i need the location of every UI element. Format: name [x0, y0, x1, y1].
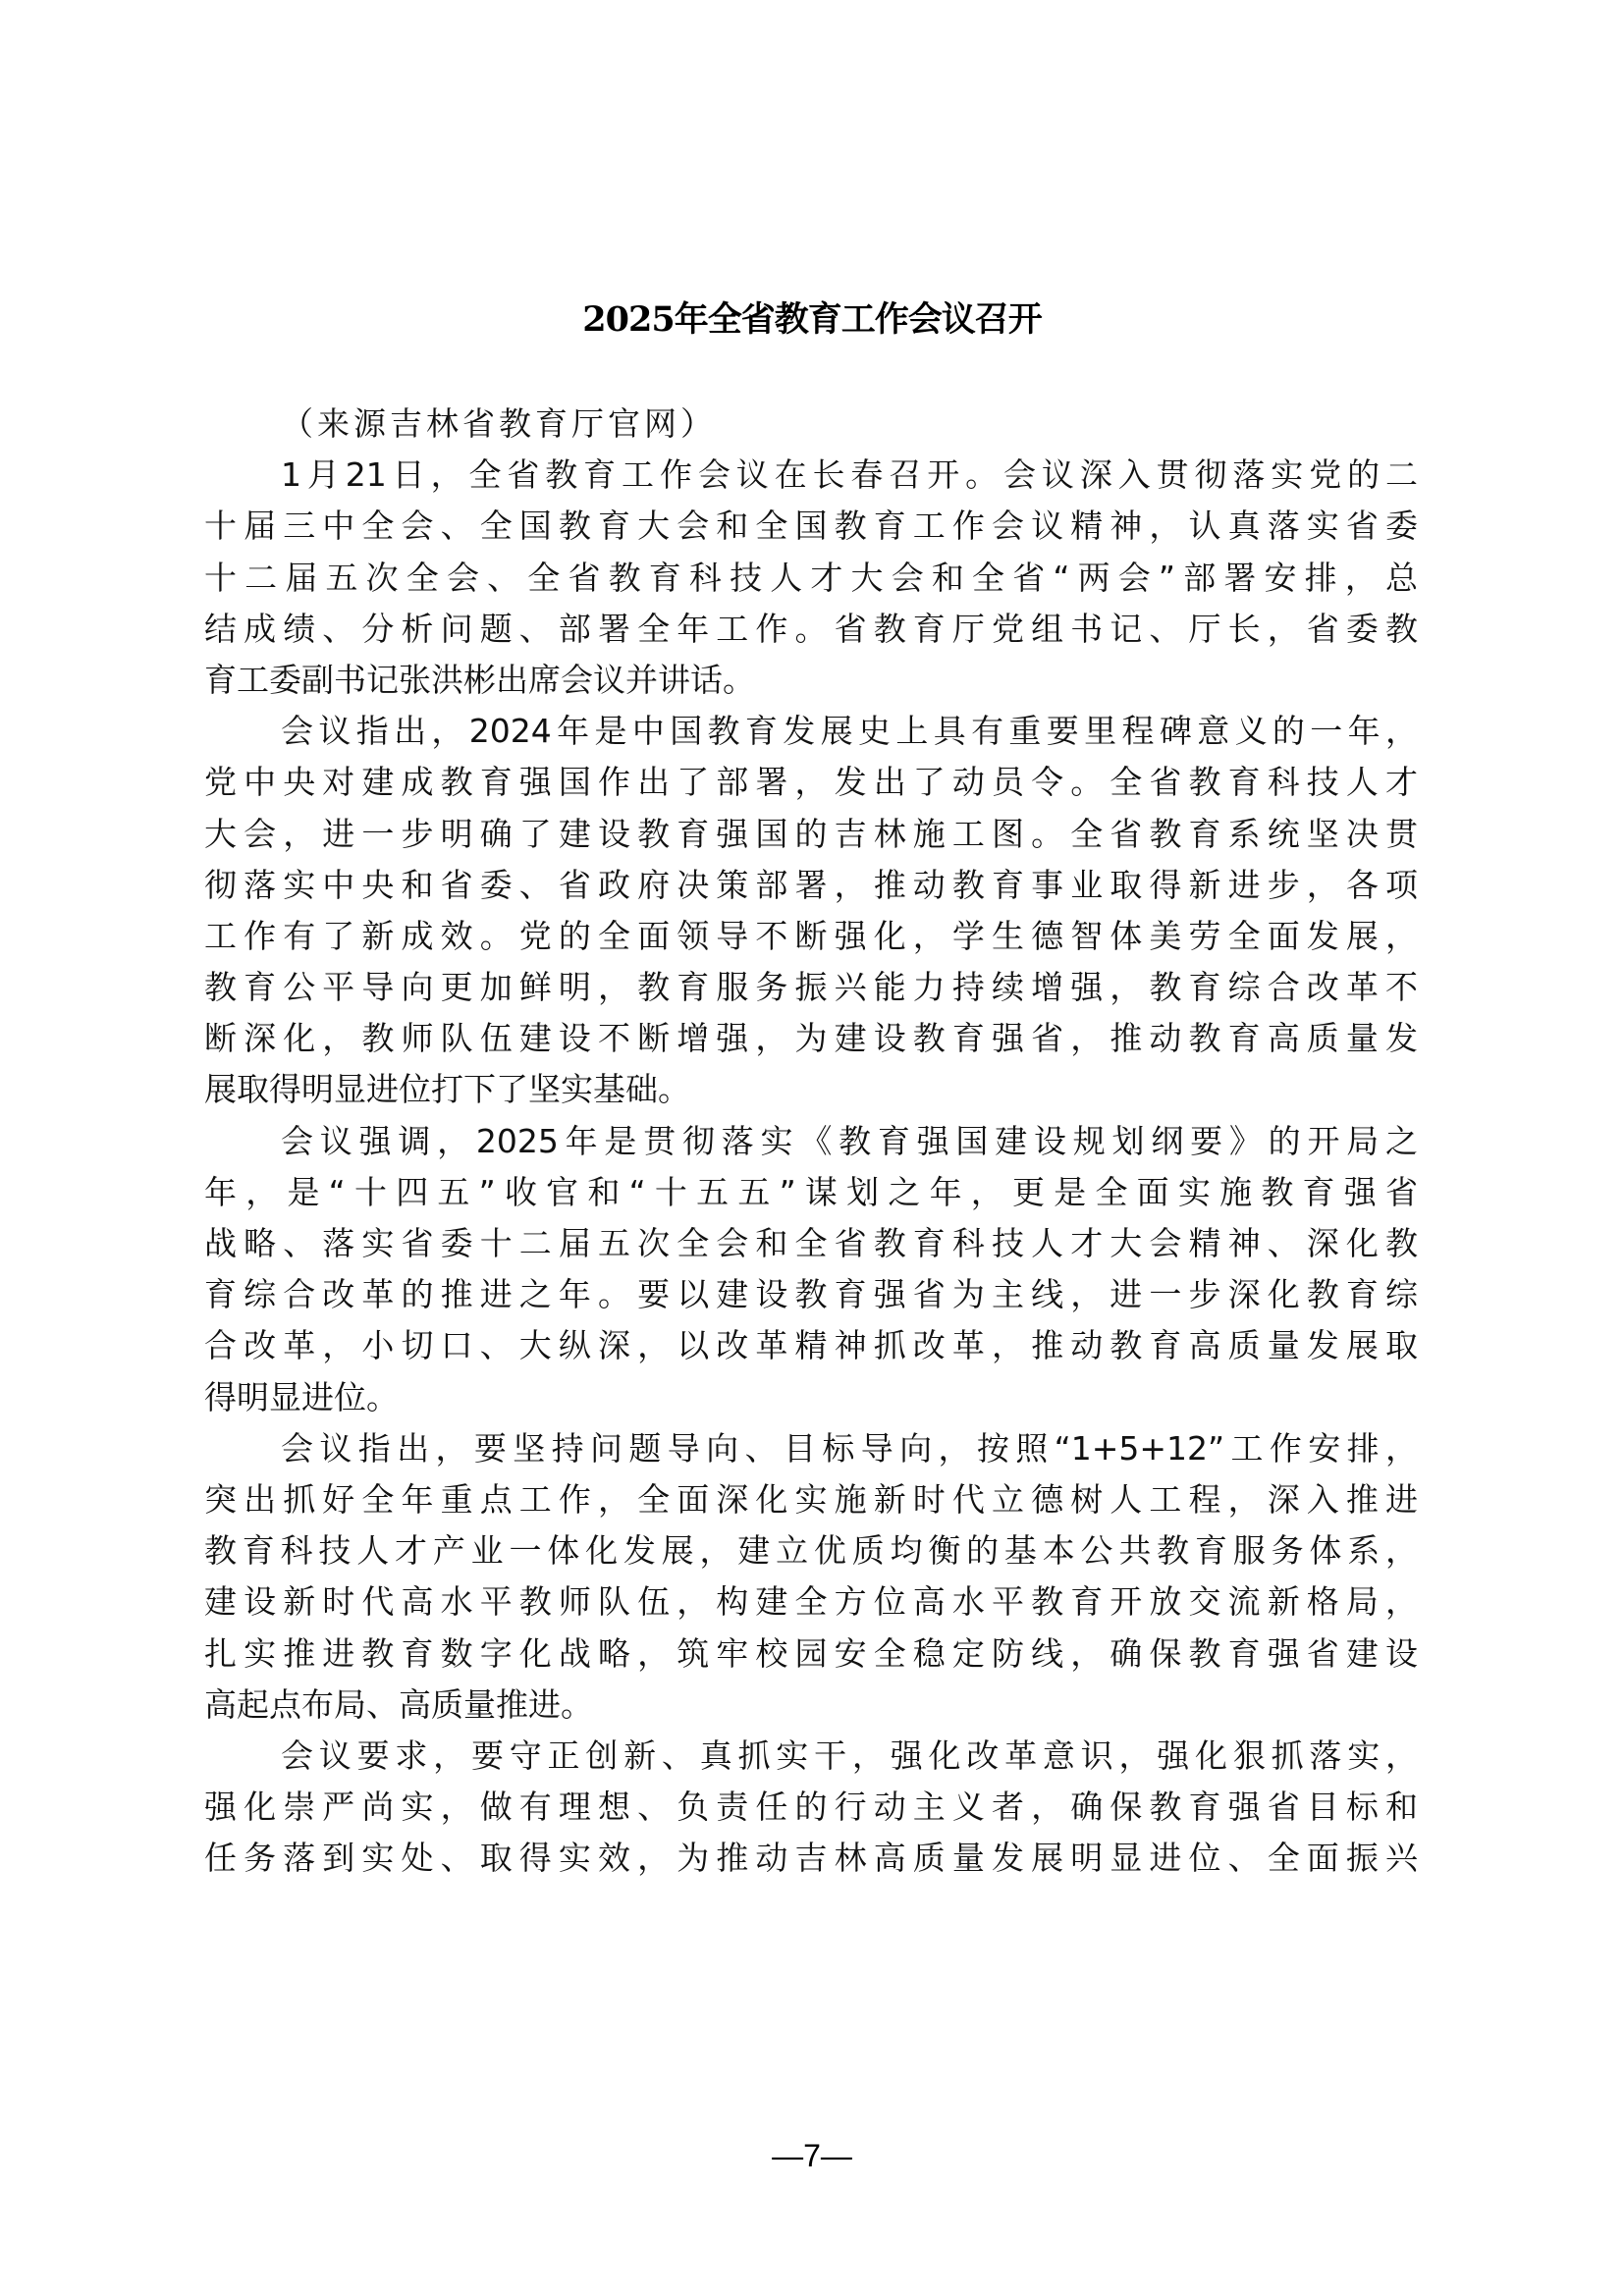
- text-line: 会议指出，2024年是中国教育发展史上具有重要里程碑意义的一年，: [204, 706, 1418, 757]
- text-line: 战略、落实省委十二届五次全会和全省教育科技人才大会精神、深化教: [204, 1218, 1418, 1269]
- text-line: 彻落实中央和省委、省政府决策部署，推动教育事业取得新进步，各项: [204, 860, 1418, 911]
- text-line: 育综合改革的推进之年。要以建设教育强省为主线，进一步深化教育综: [204, 1269, 1418, 1320]
- text-line: 扎实推进教育数字化战略，筑牢校园安全稳定防线，确保教育强省建设: [204, 1629, 1418, 1680]
- text-line: 1月21日，全省教育工作会议在长春召开。会议深入贯彻落实党的二: [204, 450, 1418, 501]
- text-line: 工作有了新成效。党的全面领导不断强化，学生德智体美劳全面发展，: [204, 911, 1418, 962]
- text-line: 展取得明显进位打下了坚实基础。: [204, 1064, 1418, 1115]
- text-line: 会议要求，要守正创新、真抓实干，强化改革意识，强化狠抓落实，: [204, 1731, 1418, 1782]
- text-line: 十二届五次全会、全省教育科技人才大会和全省“两会”部署安排，总: [204, 553, 1418, 604]
- text-line: 教育科技人才产业一体化发展，建立优质均衡的基本公共教育服务体系，: [204, 1525, 1418, 1576]
- page-title: 2025年全省教育工作会议召开: [0, 293, 1624, 342]
- text-line: 会议指出，要坚持问题导向、目标导向，按照“1+5+12”工作安排，: [204, 1423, 1418, 1474]
- text-line: 党中央对建成教育强国作出了部署，发出了动员令。全省教育科技人才: [204, 757, 1418, 808]
- article-body: （来源吉林省教育厅官网） 1月21日，全省教育工作会议在长春召开。会议深入贯彻落…: [204, 399, 1418, 1884]
- text-line: 结成绩、分析问题、部署全年工作。省教育厅党组书记、厅长，省委教: [204, 604, 1418, 655]
- text-line: 任务落到实处、取得实效，为推动吉林高质量发展明显进位、全面振兴: [204, 1833, 1418, 1884]
- text-line: 会议强调，2025年是贯彻落实《教育强国建设规划纲要》的开局之: [204, 1116, 1418, 1167]
- article-lines: 1月21日，全省教育工作会议在长春召开。会议深入贯彻落实党的二十届三中全会、全国…: [204, 450, 1418, 1884]
- text-line: 建设新时代高水平教师队伍，构建全方位高水平教育开放交流新格局，: [204, 1576, 1418, 1628]
- page-number: —7—: [0, 2138, 1624, 2174]
- document-page: 2025年全省教育工作会议召开 （来源吉林省教育厅官网） 1月21日，全省教育工…: [0, 0, 1624, 2296]
- text-line: 断深化，教师队伍建设不断增强，为建设教育强省，推动教育高质量发: [204, 1013, 1418, 1064]
- text-line: 教育公平导向更加鲜明，教育服务振兴能力持续增强，教育综合改革不: [204, 962, 1418, 1013]
- text-line: 突出抓好全年重点工作，全面深化实施新时代立德树人工程，深入推进: [204, 1474, 1418, 1525]
- text-line: 大会，进一步明确了建设教育强国的吉林施工图。全省教育系统坚决贯: [204, 809, 1418, 860]
- text-line: 强化崇严尚实，做有理想、负责任的行动主义者，确保教育强省目标和: [204, 1782, 1418, 1833]
- text-line: 高起点布局、高质量推进。: [204, 1680, 1418, 1731]
- text-line: 合改革，小切口、大纵深，以改革精神抓改革，推动教育高质量发展取: [204, 1320, 1418, 1371]
- text-line: 育工委副书记张洪彬出席会议并讲话。: [204, 655, 1418, 706]
- source-line: （来源吉林省教育厅官网）: [204, 399, 1418, 450]
- text-line: 十届三中全会、全国教育大会和全国教育工作会议精神，认真落实省委: [204, 501, 1418, 552]
- text-line: 年，是“十四五”收官和“十五五”谋划之年，更是全面实施教育强省: [204, 1167, 1418, 1218]
- text-line: 得明显进位。: [204, 1372, 1418, 1423]
